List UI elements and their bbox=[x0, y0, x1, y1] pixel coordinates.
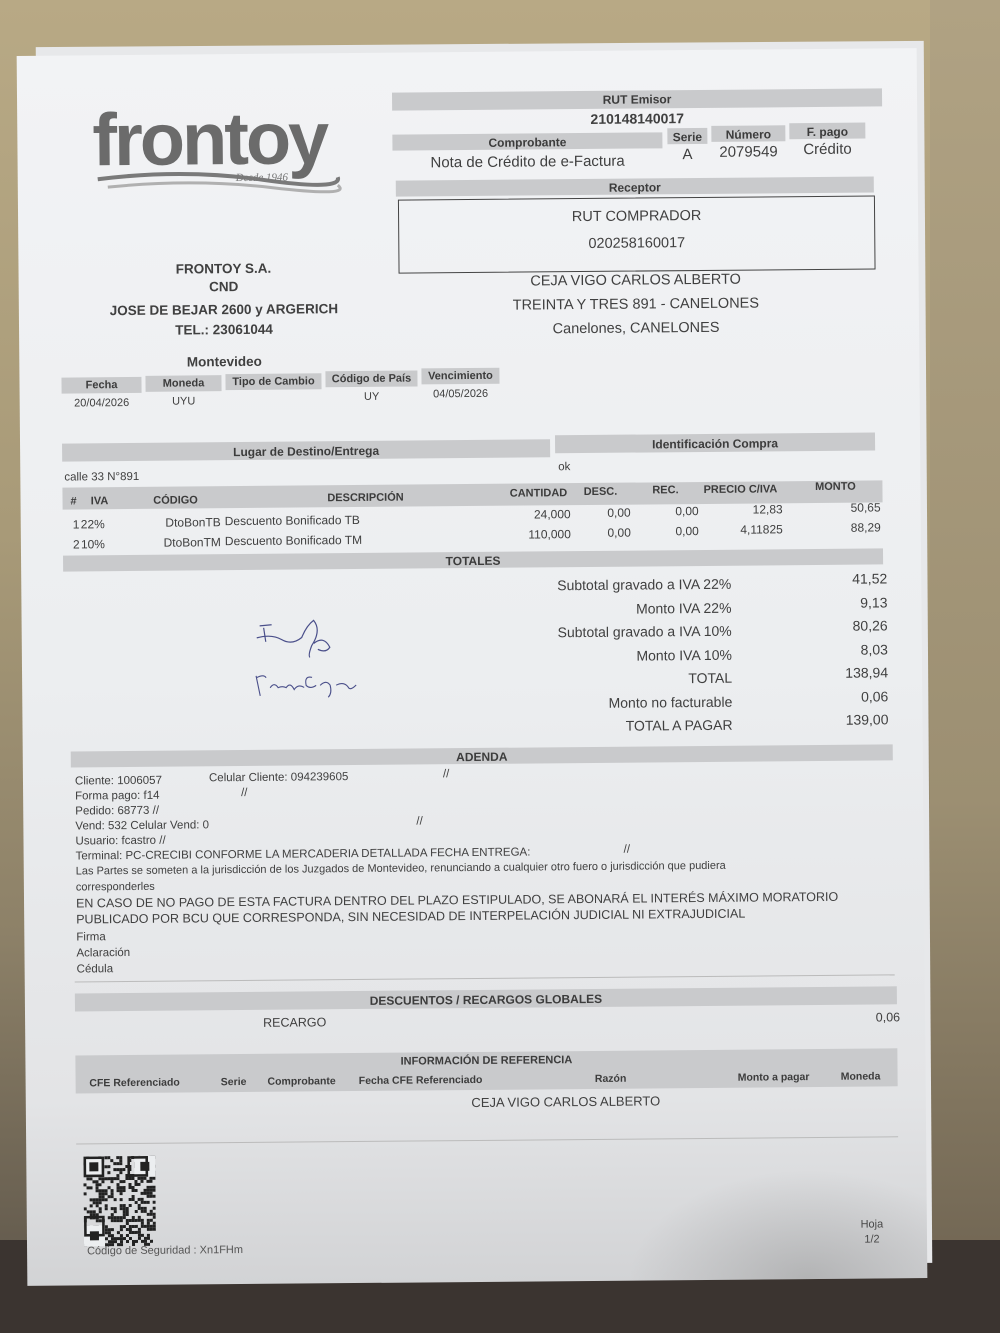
totales-label-0: Subtotal gravado a IVA 22% bbox=[441, 576, 731, 595]
info-value-3: UY bbox=[326, 390, 418, 403]
row-descripcion: Descuento Bonificado TB bbox=[225, 513, 360, 528]
row-rec: 0,00 bbox=[649, 524, 699, 538]
row-precio: 4,11825 bbox=[701, 522, 783, 537]
row-iva: 22% bbox=[81, 517, 105, 531]
info-value-2 bbox=[226, 393, 322, 394]
comprobante-label: Comprobante bbox=[392, 134, 662, 150]
adenda-pedido: Pedido: 68773 // bbox=[75, 805, 159, 818]
divider bbox=[76, 1136, 898, 1144]
frontoy-logo: frontoy Desde 1946 bbox=[92, 95, 353, 197]
referencia-header-1: Serie bbox=[214, 1076, 254, 1088]
numero-value: 2079549 bbox=[711, 143, 785, 161]
adenda-vendedor: Vend: 532 Celular Vend: 0 bbox=[75, 819, 209, 832]
hoja-label: Hoja bbox=[847, 1218, 897, 1230]
adenda-terminal: Terminal: PC-CRECIBI CONFORME LA MERCADE… bbox=[76, 846, 531, 862]
totales-value-4: 138,94 bbox=[792, 664, 888, 681]
receptor-name: CEJA VIGO CARLOS ALBERTO bbox=[397, 270, 875, 290]
referencia-header-5: Monto a pagar bbox=[726, 1071, 822, 1084]
receptor-title: Receptor bbox=[396, 178, 874, 196]
row-monto: 88,29 bbox=[801, 520, 881, 535]
rut-comprador-label: RUT COMPRADOR bbox=[399, 206, 874, 226]
row-precio: 12,83 bbox=[701, 502, 783, 517]
items-header-precio: PRECIO C/IVA bbox=[692, 483, 788, 496]
items-header-descripcion: DESCRIPCIÓN bbox=[225, 491, 505, 505]
totales-value-0: 41,52 bbox=[791, 570, 887, 587]
info-header-1: Moneda bbox=[145, 377, 221, 390]
totales-value-3: 8,03 bbox=[792, 641, 888, 658]
info-value-1: UYU bbox=[146, 395, 222, 408]
info-header-0: Fecha bbox=[61, 379, 141, 392]
divider bbox=[75, 974, 895, 982]
info-value-4: 04/05/2026 bbox=[422, 388, 500, 401]
id-compra-label: Identificación Compra bbox=[555, 435, 875, 452]
emisor-city: Montevideo bbox=[69, 353, 379, 371]
adenda-cliente: Cliente: 1006057 bbox=[75, 775, 162, 788]
items-header-codigo: CÓDIGO bbox=[130, 494, 220, 507]
serie-label: Serie bbox=[667, 130, 707, 144]
items-header-cantidad: CANTIDAD bbox=[505, 487, 571, 500]
row-num: 2 bbox=[73, 537, 80, 551]
totales-label-3: Monto IVA 10% bbox=[442, 646, 732, 665]
handwritten-signature bbox=[252, 615, 393, 706]
adenda-separator: // bbox=[624, 844, 630, 856]
adenda-jurisdiccion-2: corresponderles bbox=[76, 881, 155, 894]
comprobante-type: Nota de Crédito de e-Factura bbox=[393, 152, 663, 171]
totales-label-1: Monto IVA 22% bbox=[441, 599, 731, 618]
security-code: Código de Seguridad : Xn1FHm bbox=[87, 1244, 243, 1257]
adenda-forma-pago: Forma pago: f14 bbox=[75, 790, 159, 803]
adenda-jurisdiccion-1: Las Partes se someten a la jurisdicción … bbox=[76, 860, 726, 878]
row-descripcion: Descuento Bonificado TM bbox=[225, 533, 362, 548]
numero-label: Número bbox=[711, 127, 785, 142]
row-desc: 0,00 bbox=[581, 526, 631, 540]
logo-wave-icon bbox=[93, 165, 343, 197]
rut-comprador-value: 020258160017 bbox=[399, 233, 874, 253]
background-surface bbox=[930, 0, 1000, 1333]
emisor-company: FRONTOY S.A. bbox=[68, 260, 378, 278]
receptor-rut-box: RUT COMPRADOR 020258160017 bbox=[398, 195, 876, 273]
adenda-separator: // bbox=[241, 787, 247, 799]
referencia-header-2: Comprobante bbox=[258, 1075, 346, 1088]
items-header-rec: REC. bbox=[630, 484, 700, 497]
adenda-firma: Firma bbox=[76, 931, 105, 943]
adenda-usuario: Usuario: fcastro // bbox=[75, 835, 165, 848]
info-value-0: 20/04/2026 bbox=[62, 397, 142, 410]
receptor-city: Canelones, CANELONES bbox=[397, 318, 875, 338]
row-cantidad: 24,000 bbox=[491, 507, 571, 522]
adenda-mora-2: PUBLICADO POR BCU QUE CORRESPONDA, SIN N… bbox=[76, 907, 745, 927]
invoice-document: frontoy Desde 1946 RUT Emisor 2101481400… bbox=[17, 48, 928, 1286]
emisor-address: JOSE DE BEJAR 2600 y ARGERICH bbox=[69, 301, 379, 319]
totales-label-5: Monto no facturable bbox=[442, 693, 732, 712]
row-codigo: DtoBonTM bbox=[131, 535, 221, 550]
referencia-header-0: CFE Referenciado bbox=[80, 1076, 190, 1089]
fpago-value: Crédito bbox=[789, 141, 865, 159]
emisor-phone: TEL.: 23061044 bbox=[69, 321, 379, 339]
row-monto: 50,65 bbox=[801, 500, 881, 515]
receptor-address: TREINTA Y TRES 891 - CANELONES bbox=[397, 294, 875, 314]
items-header-num: # bbox=[66, 495, 80, 507]
qr-code bbox=[83, 1155, 156, 1248]
totales-value-1: 9,13 bbox=[791, 594, 887, 611]
totales-label-4: TOTAL bbox=[442, 670, 732, 689]
totales-value-6: 139,00 bbox=[792, 711, 888, 728]
totales-value-2: 80,26 bbox=[792, 617, 888, 634]
info-header-4: Vencimiento bbox=[421, 370, 499, 383]
row-cantidad: 110,000 bbox=[491, 527, 571, 542]
info-header-3: Código de País bbox=[325, 372, 417, 385]
items-header-iva: IVA bbox=[82, 495, 116, 507]
items-header-desc: DESC. bbox=[575, 486, 625, 498]
row-desc: 0,00 bbox=[581, 506, 631, 520]
referencia-header-4: Razón bbox=[546, 1072, 676, 1085]
referencia-razon: CEJA VIGO CARLOS ALBERTO bbox=[356, 1092, 776, 1111]
fpago-label: F. pago bbox=[789, 125, 865, 140]
adenda-cedula: Cédula bbox=[77, 963, 114, 975]
totales-label-6: TOTAL A PAGAR bbox=[442, 717, 732, 736]
adenda-separator: // bbox=[443, 768, 449, 780]
totales-label-2: Subtotal gravado a IVA 10% bbox=[442, 623, 732, 642]
row-rec: 0,00 bbox=[649, 504, 699, 518]
id-compra-value: ok bbox=[558, 461, 570, 473]
globales-label: RECARGO bbox=[263, 1015, 326, 1030]
referencia-header-3: Fecha CFE Referenciado bbox=[351, 1074, 491, 1087]
totales-value-5: 0,06 bbox=[792, 688, 888, 705]
info-header-2: Tipo de Cambio bbox=[225, 375, 321, 388]
logo-tagline: Desde 1946 bbox=[236, 172, 288, 184]
adenda-aclaracion: Aclaración bbox=[76, 947, 130, 959]
adenda-separator: // bbox=[416, 815, 422, 827]
referencia-header-6: Moneda bbox=[826, 1070, 896, 1083]
row-codigo: DtoBonTB bbox=[131, 515, 221, 530]
serie-value: A bbox=[667, 146, 707, 163]
hoja-value: 1/2 bbox=[847, 1233, 897, 1245]
row-iva: 10% bbox=[81, 537, 105, 551]
items-header-monto: MONTO bbox=[790, 480, 880, 493]
destino-value: calle 33 N°891 bbox=[64, 471, 139, 484]
adenda-celular-cliente: Celular Cliente: 094239605 bbox=[209, 771, 348, 784]
row-num: 1 bbox=[73, 517, 80, 531]
globales-value: 0,06 bbox=[805, 1010, 900, 1025]
emisor-branch: CND bbox=[69, 278, 379, 296]
